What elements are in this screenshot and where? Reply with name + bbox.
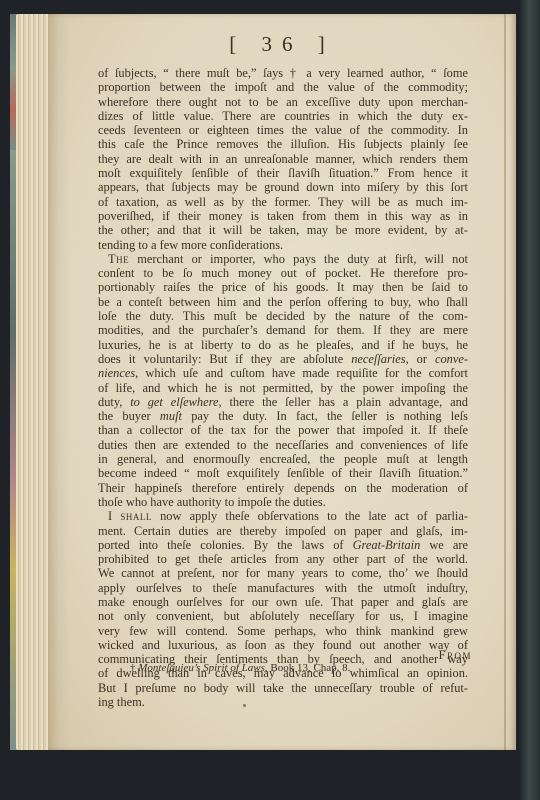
book-cover-right	[518, 0, 540, 800]
footnote: † Monteſquieu’s Spirit of Laws, Book 13,…	[130, 662, 350, 674]
page-fold	[504, 14, 506, 750]
text-line: does it voluntarily: But if they are abſ…	[98, 352, 468, 366]
text-line: be a conteſt between him and the perſon …	[98, 295, 468, 309]
text-line: thoſe who have authority to impoſe the d…	[98, 495, 468, 509]
text-line: of ſubjects, “ there muſt be,” ſays † a …	[98, 66, 468, 80]
text-line: tending to a few more conſiderations.	[98, 238, 468, 252]
text-line: ment. Certain duties are thereby impoſed…	[98, 524, 468, 538]
catchword: From	[439, 648, 472, 663]
text-line: of taxation, as well as by the former. T…	[98, 195, 468, 209]
dagger-mark: †	[130, 662, 136, 674]
text-line: make enough ourſelves for our own uſe. T…	[98, 595, 468, 609]
text-line: Their happineſs therefore entirely depen…	[98, 481, 468, 495]
footnote-title: Monteſquieu’s Spirit of Laws	[138, 662, 265, 674]
text-line: niences, which uſe and cuſtom have made …	[98, 366, 468, 380]
text-line: The merchant or importer, who pays the d…	[98, 252, 468, 266]
text-line: luxuries, he is at liberty to do as he p…	[98, 338, 468, 352]
text-line: than a collector of the tax for the powe…	[98, 423, 468, 437]
text-line: very few will contend. Some perhaps, who…	[98, 624, 468, 638]
text-line: not only convenient, but abſolutely nece…	[98, 609, 468, 623]
text-line: the other; and that it will be taken, ma…	[98, 223, 468, 237]
text-line: poveriſhed, if their money is taken from…	[98, 209, 468, 223]
text-line: ceeds ſeventeen or eighteen times the va…	[98, 123, 468, 137]
text-line: apply ourſelves to theſe manufactures wi…	[98, 581, 468, 595]
text-line: become indeed “ moſt exquiſitely ſenſibl…	[98, 466, 468, 480]
text-line: conſent to be ſo much money out of pocke…	[98, 266, 468, 280]
text-line: wherefore there ought not to be an exceſ…	[98, 95, 468, 109]
text-line: proportion between the impoſt and the va…	[98, 80, 468, 94]
text-line: modities, and the purchaſer’s demand for…	[98, 323, 468, 337]
text-line: of life, and which he is not permitted, …	[98, 381, 468, 395]
text-line: prohibited to get theſe articles from an…	[98, 552, 468, 566]
text-line: in general, and enormouſly encreaſed, th…	[98, 452, 468, 466]
footnote-reference: , Book 13, Chap. 8.	[265, 662, 351, 674]
body-text: of ſubjects, “ there muſt be,” ſays † a …	[98, 66, 468, 709]
text-line: ing them.	[98, 695, 468, 709]
text-line: But I preſume no body will take the unne…	[98, 681, 468, 695]
text-line: ported into theſe colonies. By the laws …	[98, 538, 468, 552]
text-line: the buyer muſt pay the duty. In fact, th…	[98, 409, 468, 423]
text-line: We cannot at preſent, nor for many years…	[98, 566, 468, 580]
text-line: appears, that ſubjects may be ground dow…	[98, 180, 468, 194]
text-line: dizes of little value. There are countri…	[98, 109, 468, 123]
text-line: portionably raiſes the price of his good…	[98, 280, 468, 294]
text-line: this caſe the Prince removes the illuſio…	[98, 137, 468, 151]
text-line: they are dealt with in an unreaſonable m…	[98, 152, 468, 166]
text-line: duties then are extended to the neceſſar…	[98, 438, 468, 452]
paper-speck	[243, 704, 246, 707]
text-line: moſt exquiſitely ſenſible of their ſlavi…	[98, 166, 468, 180]
book-page: [ 36 ] of ſubjects, “ there muſt be,” ſa…	[48, 14, 516, 750]
text-line: wicked and luxurious, as ſoon as they fo…	[98, 638, 468, 652]
text-line: duty, to get elſewhere, there the ſeller…	[98, 395, 468, 409]
page-number: [ 36 ]	[48, 32, 516, 57]
text-line: I shall now apply theſe obſervations to …	[98, 509, 468, 523]
text-line: loſe the duty. This muſt be decided by t…	[98, 309, 468, 323]
